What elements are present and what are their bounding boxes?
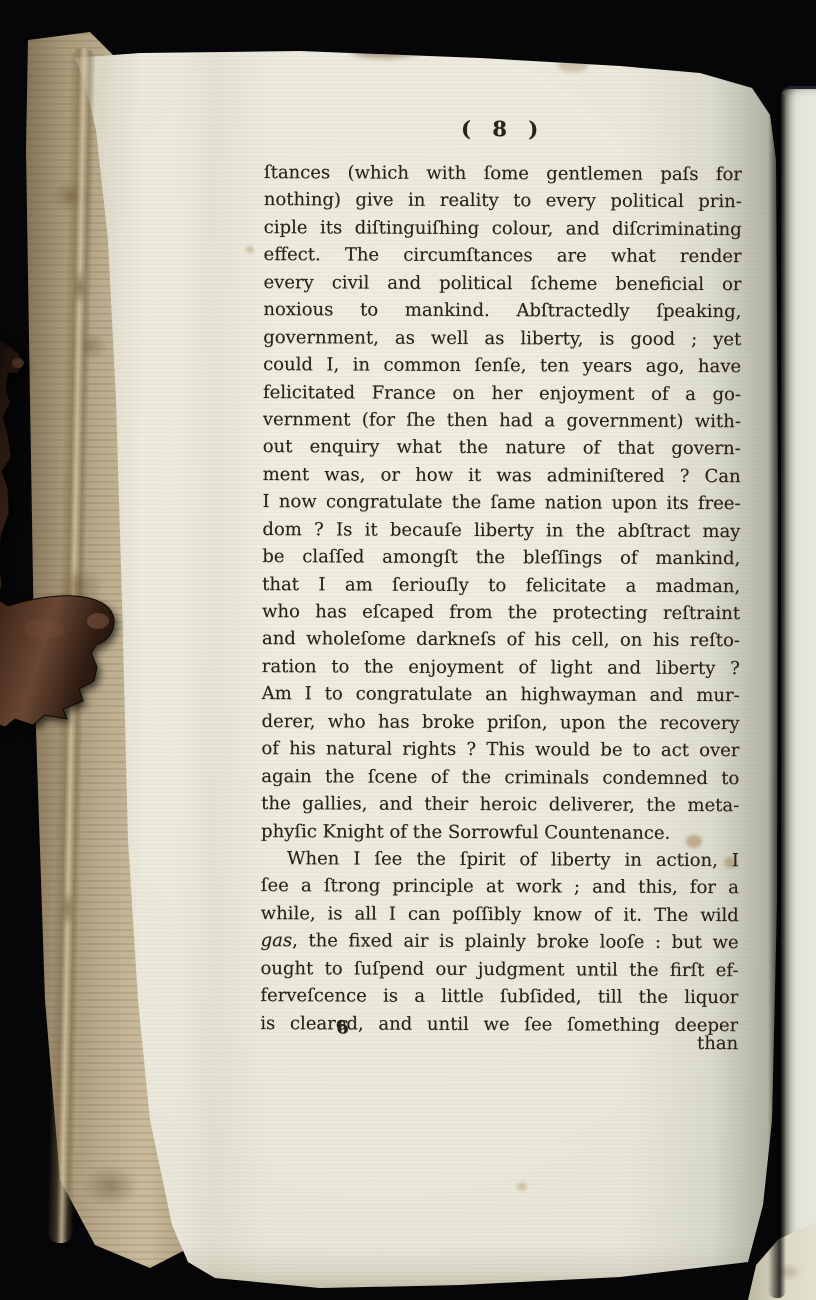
text-line: of his natural rights ? This would be to… (261, 735, 739, 765)
page-number-header: ( 8 ) (264, 115, 742, 142)
text-line: ought to ſuſpend our judgment until the … (260, 955, 738, 985)
text-line: and wholeſome darkneſs of his cell, on h… (262, 625, 740, 655)
line-text: that I am ſeriouſly to felicitate a madm… (262, 574, 740, 597)
line-text: Am I to congratulate an highwayman and m… (262, 683, 740, 706)
text-line: vernment (for ſhe then had a government)… (263, 406, 741, 436)
line-text: the gallies, and their heroic deliverer,… (261, 793, 739, 816)
line-text: again the ſcene of the criminals condemn… (261, 766, 739, 789)
text-line: ferveſcence is a little ſubſided, till t… (260, 982, 738, 1012)
line-text: dom ? Is it becauſe liberty in the abſtr… (262, 519, 740, 542)
text-line: ſee a ſtrong principle at work ; and thi… (261, 872, 739, 902)
text-line: government, as well as liberty, is good … (263, 324, 741, 354)
book-photo: { "doc": { "header": "( 8 )", "page_numb… (0, 0, 816, 1300)
text-line: that I am ſeriouſly to felicitate a madm… (262, 571, 740, 601)
text-line: ration to the enjoyment of light and lib… (262, 653, 740, 683)
text-line: derer, who has broke priſon, upon the re… (261, 708, 739, 738)
text-line: When I ſee the ſpirit of liberty in acti… (261, 845, 739, 875)
text-line: nothing) give in reality to every politi… (264, 186, 742, 216)
text-line: ſtances (which with ſome gentlemen paſs … (264, 159, 742, 189)
text-line: while, is all I can poſſibly know of it.… (261, 900, 739, 930)
catchword: than (260, 1031, 738, 1054)
line-text: ſtances (which with ſome gentlemen paſs … (264, 162, 742, 185)
text-line: ment was, or how it was adminiſtered ? C… (263, 461, 741, 491)
line-text: of his natural rights ? This would be to… (261, 738, 739, 761)
line-text: I now congratulate the ſame nation upon … (262, 491, 740, 514)
text-line: felicitated France on her enjoyment of a… (263, 379, 741, 409)
line-text: ſee a ſtrong principle at work ; and thi… (261, 875, 739, 898)
line-text: could I, in common ſenſe, ten years ago,… (263, 354, 741, 377)
text-line: out enquiry what the nature of that gove… (263, 433, 741, 463)
line-text: be claſſed amongſt the bleſſings of mank… (262, 546, 740, 569)
text-line: dom ? Is it becauſe liberty in the abſtr… (262, 516, 740, 546)
line-text: derer, who has broke priſon, upon the re… (262, 711, 740, 734)
text-line: Am I to congratulate an highwayman and m… (262, 680, 740, 710)
line-text: When I ſee the ſpirit of liberty in acti… (287, 848, 739, 871)
text-line: gas, the fixed air is plainly broke looſ… (261, 927, 739, 957)
line-text: ration to the enjoyment of light and lib… (262, 656, 740, 679)
text-line: ciple its diſtinguiſhing colour, and diſ… (264, 214, 742, 244)
text-block: ſtances (which with ſome gentlemen paſs … (260, 159, 742, 1039)
line-text: out enquiry what the nature of that gove… (263, 436, 741, 459)
line-text: phyſic Knight of the Sorrowful Countenan… (261, 821, 670, 844)
line-text: , the fixed air is plainly broke looſe :… (292, 930, 739, 953)
text-line: effect. The circumſtances are what rende… (264, 241, 742, 271)
line-text: felicitated France on her enjoyment of a… (263, 382, 741, 405)
text-line: could I, in common ſenſe, ten years ago,… (263, 351, 741, 381)
text-line: phyſic Knight of the Sorrowful Countenan… (261, 818, 739, 848)
line-text: ment was, or how it was adminiſtered ? C… (263, 464, 741, 487)
line-text: every civil and political ſcheme benefic… (263, 272, 741, 295)
italic-word: gas (261, 930, 293, 951)
line-text: nothing) give in reality to every politi… (264, 189, 742, 212)
line-text: ferveſcence is a little ſubſided, till t… (260, 985, 738, 1008)
text-line: noxious to mankind. Abſtractedly ſpeakin… (263, 296, 741, 326)
line-text: noxious to mankind. Abſtractedly ſpeakin… (263, 299, 741, 322)
text-line: every civil and political ſcheme benefic… (263, 269, 741, 299)
line-text: ought to ſuſpend our judgment until the … (260, 958, 738, 981)
text-line: be claſſed amongſt the bleſſings of mank… (262, 543, 740, 573)
text-line: I now congratulate the ſame nation upon … (262, 488, 740, 518)
line-text: effect. The circumſtances are what rende… (264, 244, 742, 267)
text-line: again the ſcene of the criminals condemn… (261, 763, 739, 793)
line-text: ciple its diſtinguiſhing colour, and diſ… (264, 217, 742, 240)
line-text: who has eſcaped from the protecting reſt… (262, 601, 740, 624)
text-line: who has eſcaped from the protecting reſt… (262, 598, 740, 628)
text-line: the gallies, and their heroic deliverer,… (261, 790, 739, 820)
printed-text-layer: ( 8 ) ſtances (which with ſome gentlemen… (0, 0, 816, 1300)
line-text: and wholeſome darkneſs of his cell, on h… (262, 628, 740, 651)
line-text: while, is all I can poſſibly know of it.… (261, 903, 739, 926)
line-text: vernment (for ſhe then had a government)… (263, 409, 741, 432)
line-text: government, as well as liberty, is good … (263, 327, 741, 350)
